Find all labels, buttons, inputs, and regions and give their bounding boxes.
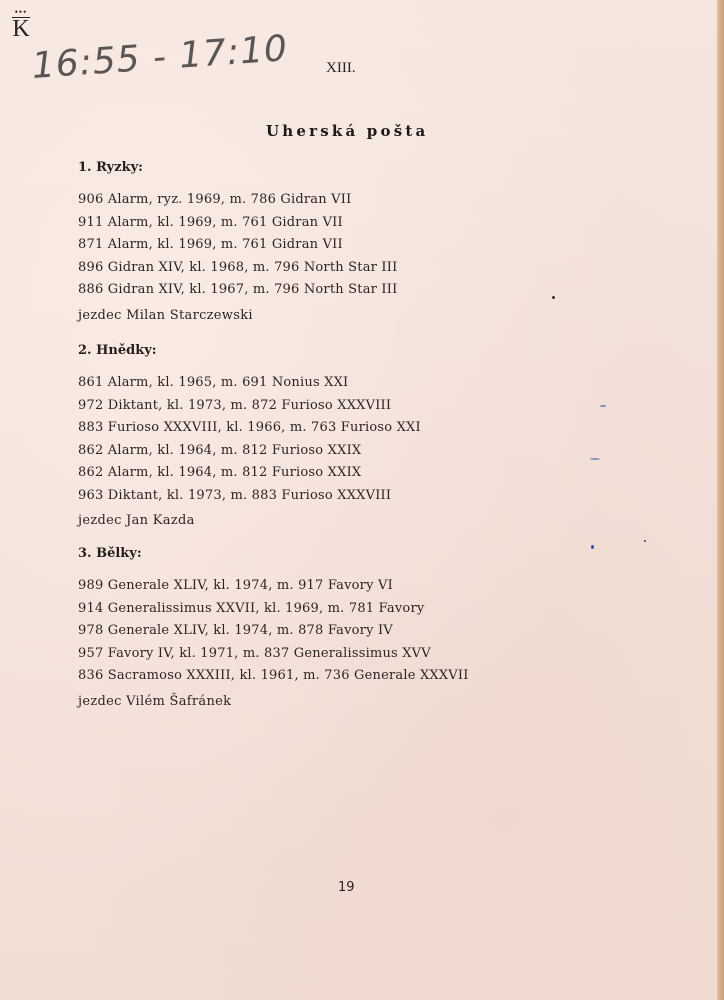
list-item: 862 Alarm, kl. 1964, m. 812 Furioso XXIX bbox=[78, 462, 421, 485]
list-item: 989 Generale XLIV, kl. 1974, m. 917 Favo… bbox=[78, 575, 469, 598]
section-hnedky: 2. Hnědky: 861 Alarm, kl. 1965, m. 691 N… bbox=[78, 343, 421, 531]
list-item: 886 Gidran XIV, kl. 1967, m. 796 North S… bbox=[78, 279, 397, 302]
entry-list: 861 Alarm, kl. 1965, m. 691 Nonius XXI 9… bbox=[78, 372, 421, 507]
page-number: 19 bbox=[338, 880, 355, 895]
section-heading: 3. Bělky: bbox=[78, 546, 469, 561]
rider-name: jezdec Vilém Šafránek bbox=[78, 692, 469, 712]
page-title: Uherská pošta bbox=[266, 122, 428, 140]
rider-name: jezdec Jan Kazda bbox=[78, 511, 421, 531]
paper-speck bbox=[644, 540, 646, 542]
section-heading: 1. Ryzky: bbox=[78, 160, 397, 175]
handwritten-time-note: 16:55 - 17:10 bbox=[31, 28, 290, 87]
list-item: 972 Diktant, kl. 1973, m. 872 Furioso XX… bbox=[78, 395, 421, 418]
section-belky: 3. Bělky: 989 Generale XLIV, kl. 1974, m… bbox=[78, 546, 469, 712]
list-item: 836 Sacramoso XXXIII, kl. 1961, m. 736 G… bbox=[78, 665, 469, 688]
list-item: 957 Favory IV, kl. 1971, m. 837 Generali… bbox=[78, 643, 469, 666]
list-item: 911 Alarm, kl. 1969, m. 761 Gidran VII bbox=[78, 212, 397, 235]
list-item: 883 Furioso XXXVIII, kl. 1966, m. 763 Fu… bbox=[78, 417, 421, 440]
list-item: 861 Alarm, kl. 1965, m. 691 Nonius XXI bbox=[78, 372, 421, 395]
list-item: 963 Diktant, kl. 1973, m. 883 Furioso XX… bbox=[78, 485, 421, 508]
paper-speck bbox=[600, 405, 606, 407]
page-edge bbox=[717, 0, 724, 1000]
paper-speck bbox=[590, 458, 600, 460]
paper-speck bbox=[552, 296, 555, 299]
chapter-number: XIII. bbox=[326, 60, 356, 77]
list-item: 914 Generalissimus XXVII, kl. 1969, m. 7… bbox=[78, 598, 469, 621]
logo-letter: K bbox=[10, 18, 32, 40]
section-heading: 2. Hnědky: bbox=[78, 343, 421, 358]
list-item: 871 Alarm, kl. 1969, m. 761 Gidran VII bbox=[78, 234, 397, 257]
crown-dots-icon: ••• bbox=[10, 8, 32, 16]
library-logo: ••• K bbox=[10, 8, 32, 40]
section-ryzky: 1. Ryzky: 906 Alarm, ryz. 1969, m. 786 G… bbox=[78, 160, 397, 326]
list-item: 862 Alarm, kl. 1964, m. 812 Furioso XXIX bbox=[78, 440, 421, 463]
entry-list: 906 Alarm, ryz. 1969, m. 786 Gidran VII … bbox=[78, 189, 397, 302]
list-item: 896 Gidran XIV, kl. 1968, m. 796 North S… bbox=[78, 257, 397, 280]
entry-list: 989 Generale XLIV, kl. 1974, m. 917 Favo… bbox=[78, 575, 469, 688]
rider-name: jezdec Milan Starczewski bbox=[78, 306, 397, 326]
paper-speck bbox=[591, 545, 594, 549]
list-item: 978 Generale XLIV, kl. 1974, m. 878 Favo… bbox=[78, 620, 469, 643]
list-item: 906 Alarm, ryz. 1969, m. 786 Gidran VII bbox=[78, 189, 397, 212]
